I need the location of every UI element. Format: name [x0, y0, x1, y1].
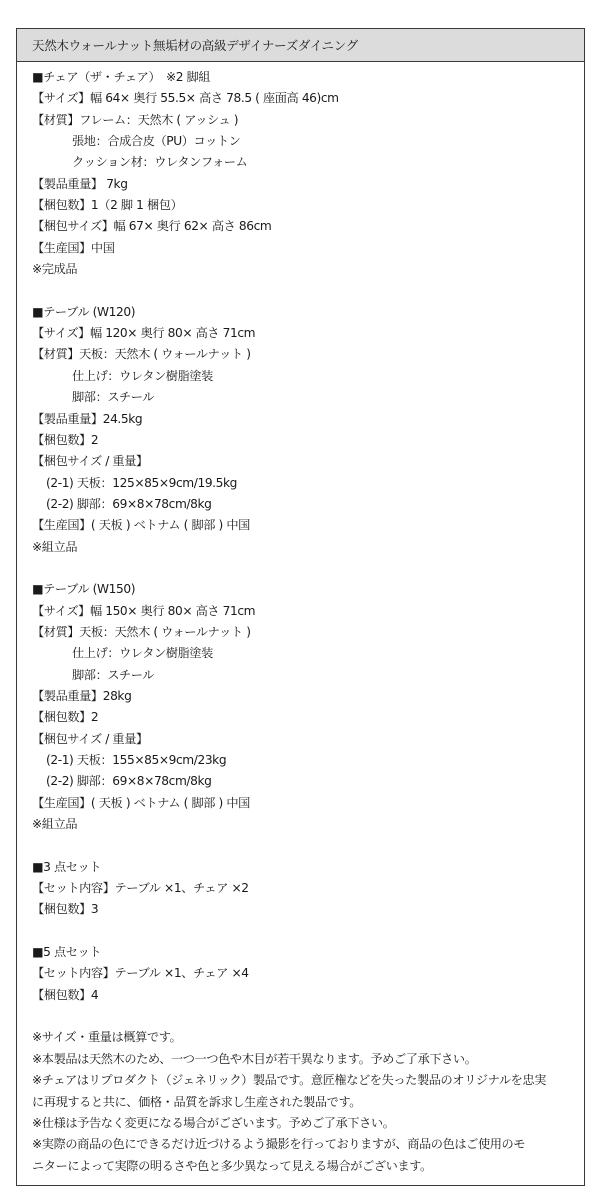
spec-line: 【梱包数】2 — [32, 707, 584, 728]
spec-line: 【材質】フレーム：天然木 ( アッシュ ) — [32, 110, 584, 131]
section-heading: ■3 点セット — [32, 857, 584, 878]
spec-line: 【製品重量】24.5kg — [32, 409, 584, 430]
section-heading: ■テーブル (W150) — [32, 579, 584, 600]
spec-table: 天然木ウォールナット無垢材の高級デザイナーズダイニング ■チェア（ザ・チェア） … — [16, 28, 585, 1186]
spec-line: (2-2) 脚部：69×8×78cm/8kg — [32, 771, 584, 792]
note-line: ※実際の商品の色にできるだけ近づけるよう撮影を行っておりますが、商品の色はご使用… — [32, 1134, 584, 1155]
spec-line: (2-1) 天板：155×85×9cm/23kg — [32, 750, 584, 771]
spacer — [32, 280, 584, 301]
spec-line: 【梱包サイズ / 重量】 — [32, 451, 584, 472]
section-table-w120: ■テーブル (W120) 【サイズ】幅 120× 奥行 80× 高さ 71cm … — [32, 302, 584, 558]
spec-line: 【材質】天板：天然木 ( ウォールナット ) — [32, 622, 584, 643]
spec-line: (2-2) 脚部：69×8×78cm/8kg — [32, 494, 584, 515]
spacer — [32, 835, 584, 856]
spec-line: 【サイズ】幅 150× 奥行 80× 高さ 71cm — [32, 601, 584, 622]
spec-line: 【梱包数】3 — [32, 899, 584, 920]
spec-body: ■チェア（ザ・チェア） ※2 脚組 【サイズ】幅 64× 奥行 55.5× 高さ… — [17, 62, 584, 1177]
spec-line: 【梱包サイズ】幅 67× 奥行 62× 高さ 86cm — [32, 216, 584, 237]
spec-line: 【セット内容】テーブル ×1、チェア ×4 — [32, 963, 584, 984]
spacer — [32, 1006, 584, 1027]
spec-line: 脚部：スチール — [32, 387, 584, 408]
spec-line: 【梱包数】4 — [32, 985, 584, 1006]
spec-header: 天然木ウォールナット無垢材の高級デザイナーズダイニング — [17, 29, 584, 62]
section-notes: ※サイズ・重量は概算です。 ※本製品は天然木のため、一つ一つ色や木目が若干異なり… — [32, 1027, 584, 1176]
section-heading: ■5 点セット — [32, 942, 584, 963]
spec-title: 天然木ウォールナット無垢材の高級デザイナーズダイニング — [32, 36, 358, 54]
note-line: ※チェアはリプロダクト（ジェネリック）製品です。意匠権などを失った製品のオリジナ… — [32, 1070, 584, 1091]
spec-line: 【サイズ】幅 64× 奥行 55.5× 高さ 78.5 ( 座面高 46)cm — [32, 88, 584, 109]
spec-line: ※完成品 — [32, 259, 584, 280]
spec-line: 脚部：スチール — [32, 665, 584, 686]
spec-line: 仕上げ：ウレタン樹脂塗装 — [32, 643, 584, 664]
spec-line: (2-1) 天板：125×85×9cm/19.5kg — [32, 473, 584, 494]
spec-line: 張地：合成合皮（PU）コットン — [32, 131, 584, 152]
spec-line: 【製品重量】 7kg — [32, 174, 584, 195]
section-set-5: ■5 点セット 【セット内容】テーブル ×1、チェア ×4 【梱包数】4 — [32, 942, 584, 1006]
note-line: ※本製品は天然木のため、一つ一つ色や木目が若干異なります。予めご了承下さい。 — [32, 1049, 584, 1070]
spec-line: 【セット内容】テーブル ×1、チェア ×2 — [32, 878, 584, 899]
spacer — [32, 921, 584, 942]
spec-line: ※組立品 — [32, 814, 584, 835]
section-table-w150: ■テーブル (W150) 【サイズ】幅 150× 奥行 80× 高さ 71cm … — [32, 579, 584, 835]
section-heading: ■チェア（ザ・チェア） ※2 脚組 — [32, 67, 584, 88]
spec-line: 【材質】天板：天然木 ( ウォールナット ) — [32, 344, 584, 365]
spec-line: 【梱包数】2 — [32, 430, 584, 451]
spec-line: 【製品重量】28kg — [32, 686, 584, 707]
spec-line: 【生産国】( 天板 ) ベトナム ( 脚部 ) 中国 — [32, 793, 584, 814]
spec-line: 【生産国】( 天板 ) ベトナム ( 脚部 ) 中国 — [32, 515, 584, 536]
note-line: ※仕様は予告なく変更になる場合がございます。予めご了承下さい。 — [32, 1113, 584, 1134]
spec-line: 【生産国】中国 — [32, 238, 584, 259]
spec-line: 仕上げ：ウレタン樹脂塗装 — [32, 366, 584, 387]
spec-line: 【梱包数】1（2 脚 1 梱包） — [32, 195, 584, 216]
spec-line: 【梱包サイズ / 重量】 — [32, 729, 584, 750]
spacer — [32, 558, 584, 579]
spec-line: ※組立品 — [32, 537, 584, 558]
section-set-3: ■3 点セット 【セット内容】テーブル ×1、チェア ×2 【梱包数】3 — [32, 857, 584, 921]
note-line: ※サイズ・重量は概算です。 — [32, 1027, 584, 1048]
spec-line: クッション材：ウレタンフォーム — [32, 152, 584, 173]
spec-line: 【サイズ】幅 120× 奥行 80× 高さ 71cm — [32, 323, 584, 344]
section-chair: ■チェア（ザ・チェア） ※2 脚組 【サイズ】幅 64× 奥行 55.5× 高さ… — [32, 67, 584, 280]
note-line: ニターによって実際の明るさや色と多少異なって見える場合がございます。 — [32, 1156, 584, 1177]
note-line: に再現すると共に、価格・品質を訴求し生産された製品です。 — [32, 1092, 584, 1113]
section-heading: ■テーブル (W120) — [32, 302, 584, 323]
